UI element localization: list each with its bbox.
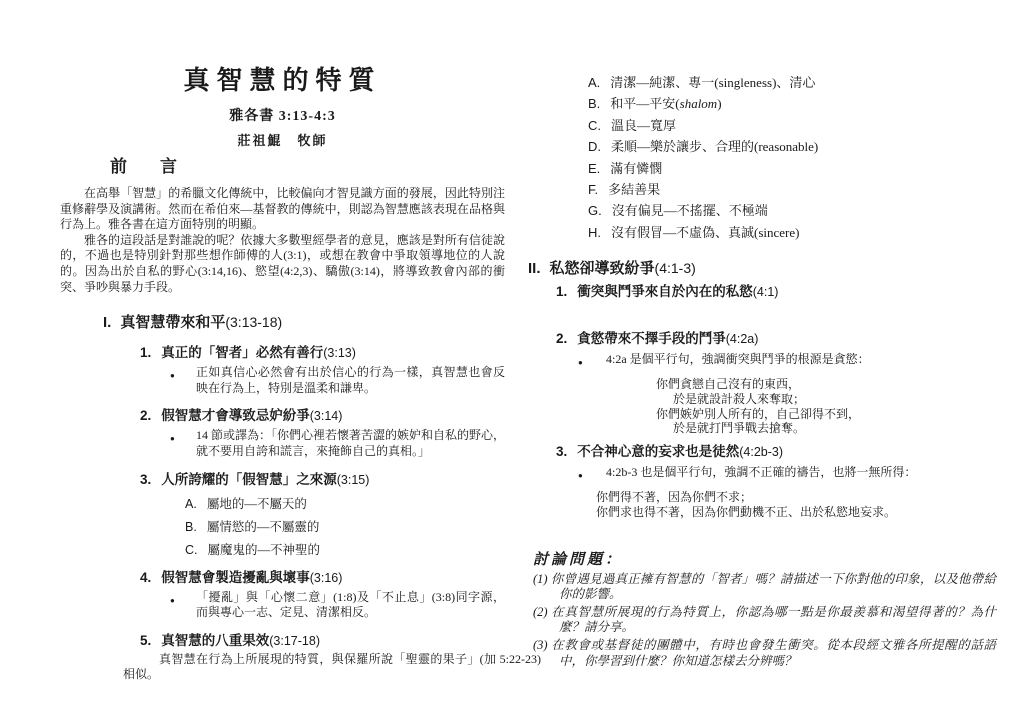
left-column: 真智慧的特質 雅各書 3:13-4:3 莊祖鯤 牧師 前 言 在高舉「智慧」的希… (60, 60, 505, 683)
section-2-ref: (4:1-3) (655, 260, 696, 276)
bullet-row: ● 14 節或譯為：「你們心裡若懷著苦澀的嫉妒和自私的野心，就不要用自誇和謊言，… (170, 428, 505, 459)
author-line: 莊祖鯤 牧師 (60, 132, 505, 149)
bullet-text: 「擾亂」與「心懷二意」(1:8)及「不止息」(3:8)同字源，而與專心一志、定見… (196, 590, 505, 621)
outline-item-4: 4.假智慧會製造擾亂與壞事(3:16) ● 「擾亂」與「心懷二意」(1:8)及「… (140, 569, 505, 621)
bullet-icon: ● (170, 590, 196, 621)
discussion-question: (3) 在教會或基督徒的團體中，有時也會發生衝突。從本段經文雅各所提醒的話語中，… (533, 638, 996, 669)
bullet-row: ● 正如真信心必然會有出於信心的行為一樣，真智慧也會反映在行為上，特別是溫柔和謙… (170, 365, 505, 396)
discussion-question: (2) 在真智慧所展現的行為特質上，你認為哪一點是你最羨慕和渴望得著的？為什麼？… (533, 605, 996, 636)
fruit-letter: B. (588, 96, 600, 111)
discussion-question: (1) 你曾遇見過真正擁有智慧的「智者」嗎？請描述一下你對他的印象，以及他帶給你… (533, 572, 996, 603)
sub-item: A.屬地的—不屬天的 (185, 496, 505, 512)
outline-item-5: 5.真智慧的八重果效(3:17-18) 真智慧在行為上所展現的特質，與保羅所說「… (140, 632, 505, 683)
preface-heading: 前 言 (110, 156, 505, 178)
discussion-section: 討論問題： (1) 你曾遇見過真正擁有智慧的「智者」嗎？請描述一下你對他的印象，… (533, 550, 996, 670)
scripture-quote: 你們貪戀自己沒有的東西， 於是就設計殺人來奪取； 你們嫉妒別人所有的，自己卻得不… (656, 377, 996, 437)
outline-item-2: 2.假智慧才會導致忌妒紛爭(3:14) ● 14 節或譯為：「你們心裡若懷著苦澀… (140, 407, 505, 459)
page-title: 真智慧的特質 (60, 64, 505, 98)
quote-line: 你們求也得不著，因為你們動機不正、出於私慾地妄求。 (596, 505, 996, 520)
sub-item-letter: B. (185, 520, 197, 534)
sub-item-letter: C. (185, 543, 198, 557)
outline-item-heading: 5.真智慧的八重果效(3:17-18) (140, 632, 505, 650)
outline-item-3: 3.人所誇耀的「假智慧」之來源(3:15) A.屬地的—不屬天的 B.屬情慾的—… (140, 471, 505, 558)
outline-item-heading: 2.貪慾帶來不擇手段的鬥爭(4:2a) (556, 330, 996, 348)
section-1-title: 真智慧帶來和平 (120, 315, 225, 331)
right-column: A.清潔—純潔、專一(singleness)、清心 B.和平—平安(shalom… (528, 66, 996, 669)
scripture-reference: 雅各書 3:13-4:3 (60, 108, 505, 126)
fruit-text: 沒有假冒—不虛偽、真誠(sincere) (611, 225, 799, 240)
item-number: 2. (140, 408, 151, 423)
outline-item-heading: 1.真正的「智者」必然有善行(3:13) (140, 344, 505, 362)
fruit-text: 清潔—純潔、專一(singleness)、清心 (610, 75, 815, 90)
item-ref: (3:15) (337, 473, 370, 487)
bullet-icon: ● (578, 465, 606, 484)
item-number: 4. (140, 570, 151, 585)
item-ref: (4:2b-3) (739, 445, 783, 459)
fruit-text: 和平—平安( (610, 96, 679, 111)
sub-item-text: 屬魔鬼的—不神聖的 (208, 543, 321, 557)
fruit-text: 沒有偏見—不搖擺、不極端 (612, 203, 768, 218)
wisdom-fruit-item: B.和平—平安(shalom) (588, 93, 996, 114)
sub-item-letter: A. (185, 497, 197, 511)
item-ref: (3:13) (323, 346, 356, 360)
bullet-icon: ● (578, 352, 606, 371)
item-title: 真智慧的八重果效 (161, 633, 269, 648)
item-title: 假智慧才會導致忌妒紛爭 (161, 408, 310, 423)
item-ref: (4:1) (753, 285, 779, 299)
fruit-text: 多結善果 (608, 182, 660, 197)
discussion-heading: 討論問題： (533, 550, 996, 570)
fruit-letter: H. (588, 225, 601, 240)
outline-item-heading: 4.假智慧會製造擾亂與壞事(3:16) (140, 569, 505, 587)
wisdom-fruit-item: G.沒有偏見—不搖擺、不極端 (588, 200, 996, 221)
item-number: 3. (556, 444, 567, 459)
fruit-letter: D. (588, 139, 601, 154)
bullet-text: 14 節或譯為：「你們心裡若懷著苦澀的嫉妒和自私的野心，就不要用自誇和謊言，來掩… (196, 428, 505, 459)
quote-line: 於是就打鬥爭戰去搶奪。 (673, 421, 996, 436)
item-title: 假智慧會製造擾亂與壞事 (161, 570, 310, 585)
fruit-text: 滿有憐憫 (610, 161, 662, 176)
fruit-letter: C. (588, 118, 601, 133)
outline-item-1: 1.真正的「智者」必然有善行(3:13) ● 正如真信心必然會有出於信心的行為一… (140, 344, 505, 396)
item-note: 真智慧在行為上所展現的特質，與保羅所說「聖靈的果子」(加 5:22-23)相似。 (123, 652, 541, 683)
sub-item-text: 屬情慾的—不屬靈的 (207, 520, 320, 534)
item-title: 貪慾帶來不擇手段的鬥爭 (577, 331, 726, 346)
outline-item-2-1: 1.衝突與鬥爭來自於內在的私慾(4:1) (556, 283, 996, 301)
item-number: 1. (140, 345, 151, 360)
wisdom-fruit-item: F.多結善果 (588, 179, 996, 200)
item-number: 1. (556, 284, 567, 299)
item-title: 衝突與鬥爭來自於內在的私慾 (577, 284, 753, 299)
bullet-icon: ● (170, 428, 196, 459)
bullet-text: 4:2b-3 也是個平行句，強調不正確的禱告，也將一無所得： (606, 465, 916, 484)
quote-line: 你們貪戀自己沒有的東西， (656, 377, 996, 392)
fruit-letter: G. (588, 203, 602, 218)
item-ref: (3:17-18) (269, 634, 320, 648)
section-2: II.私慾卻導致紛爭(4:1-3) 1.衝突與鬥爭來自於內在的私慾(4:1) 2… (528, 258, 996, 519)
wisdom-fruit-item: C.溫良—寬厚 (588, 115, 996, 136)
wisdom-fruit-item: E.滿有憐憫 (588, 158, 996, 179)
wisdom-fruit-item: D.柔順—樂於讓步、合理的(reasonable) (588, 136, 996, 157)
outline-item-2-3: 3.不合神心意的妄求也是徒然(4:2b-3) ● 4:2b-3 也是個平行句，強… (556, 443, 996, 519)
item-ref: (4:2a) (726, 332, 759, 346)
bullet-text: 4:2a 是個平行句，強調衝突與鬥爭的根源是貪慾： (606, 352, 870, 371)
outline-item-heading: 1.衝突與鬥爭來自於內在的私慾(4:1) (556, 283, 996, 301)
quote-line: 於是就設計殺人來奪取； (673, 392, 996, 407)
bullet-row: ● 4:2a 是個平行句，強調衝突與鬥爭的根源是貪慾： (578, 352, 996, 371)
scripture-quote: 你們得不著，因為你們不求； 你們求也得不著，因為你們動機不正、出於私慾地妄求。 (596, 490, 996, 520)
sub-item-text: 屬地的—不屬天的 (207, 497, 307, 511)
outline-item-heading: 3.不合神心意的妄求也是徒然(4:2b-3) (556, 443, 996, 461)
fruit-text-italic: shalom (680, 96, 718, 111)
sub-item: C.屬魔鬼的—不神聖的 (185, 542, 505, 558)
section-1-number: I. (103, 314, 111, 331)
section-2-heading: II.私慾卻導致紛爭(4:1-3) (528, 258, 996, 279)
fruit-text-suffix: ) (717, 96, 721, 111)
bullet-text: 正如真信心必然會有出於信心的行為一樣，真智慧也會反映在行為上，特別是溫柔和謙卑。 (196, 365, 505, 396)
wisdom-fruit-item: H.沒有假冒—不虛偽、真誠(sincere) (588, 222, 996, 243)
section-2-number: II. (528, 260, 541, 277)
item-ref: (3:14) (310, 409, 343, 423)
fruit-letter: E. (588, 161, 600, 176)
bullet-icon: ● (170, 365, 196, 396)
fruit-letter: A. (588, 75, 600, 90)
section-1-ref: (3:13-18) (225, 314, 282, 330)
section-2-title: 私慾卻導致紛爭 (550, 261, 655, 277)
fruit-text: 柔順—樂於讓步、合理的(reasonable) (611, 139, 818, 154)
sub-item: B.屬情慾的—不屬靈的 (185, 519, 505, 535)
bullet-row: ● 4:2b-3 也是個平行句，強調不正確的禱告，也將一無所得： (578, 465, 996, 484)
quote-line: 你們嫉妒別人所有的，自己卻得不到， (656, 407, 996, 422)
fruit-letter: F. (588, 182, 598, 197)
scanned-sermon-outline-page: 真智慧的特質 雅各書 3:13-4:3 莊祖鯤 牧師 前 言 在高舉「智慧」的希… (0, 0, 1024, 724)
outline-item-heading: 3.人所誇耀的「假智慧」之來源(3:15) (140, 471, 505, 489)
item-title: 不合神心意的妄求也是徒然 (577, 444, 739, 459)
section-1-heading: I.真智慧帶來和平(3:13-18) (103, 312, 505, 333)
outline-item-2-2: 2.貪慾帶來不擇手段的鬥爭(4:2a) ● 4:2a 是個平行句，強調衝突與鬥爭… (556, 330, 996, 436)
preface-paragraph: 雅各的這段話是對誰說的呢？依據大多數聖經學者的意見，應該是對所有信徒說的，不過也… (60, 233, 505, 295)
wisdom-fruit-item: A.清潔—純潔、專一(singleness)、清心 (588, 72, 996, 93)
item-number: 3. (140, 472, 151, 487)
fruit-text: 溫良—寬厚 (611, 118, 676, 133)
outline-item-heading: 2.假智慧才會導致忌妒紛爭(3:14) (140, 407, 505, 425)
item-title: 人所誇耀的「假智慧」之來源 (161, 472, 337, 487)
bullet-row: ● 「擾亂」與「心懷二意」(1:8)及「不止息」(3:8)同字源，而與專心一志、… (170, 590, 505, 621)
item-ref: (3:16) (310, 571, 343, 585)
quote-line: 你們得不著，因為你們不求； (596, 490, 996, 505)
item-number: 2. (556, 331, 567, 346)
item-number: 5. (140, 633, 151, 648)
preface-paragraph: 在高舉「智慧」的希臘文化傳統中，比較偏向才智見識方面的發展，因此特別注重修辭學及… (60, 186, 505, 233)
item-title: 真正的「智者」必然有善行 (161, 345, 323, 360)
